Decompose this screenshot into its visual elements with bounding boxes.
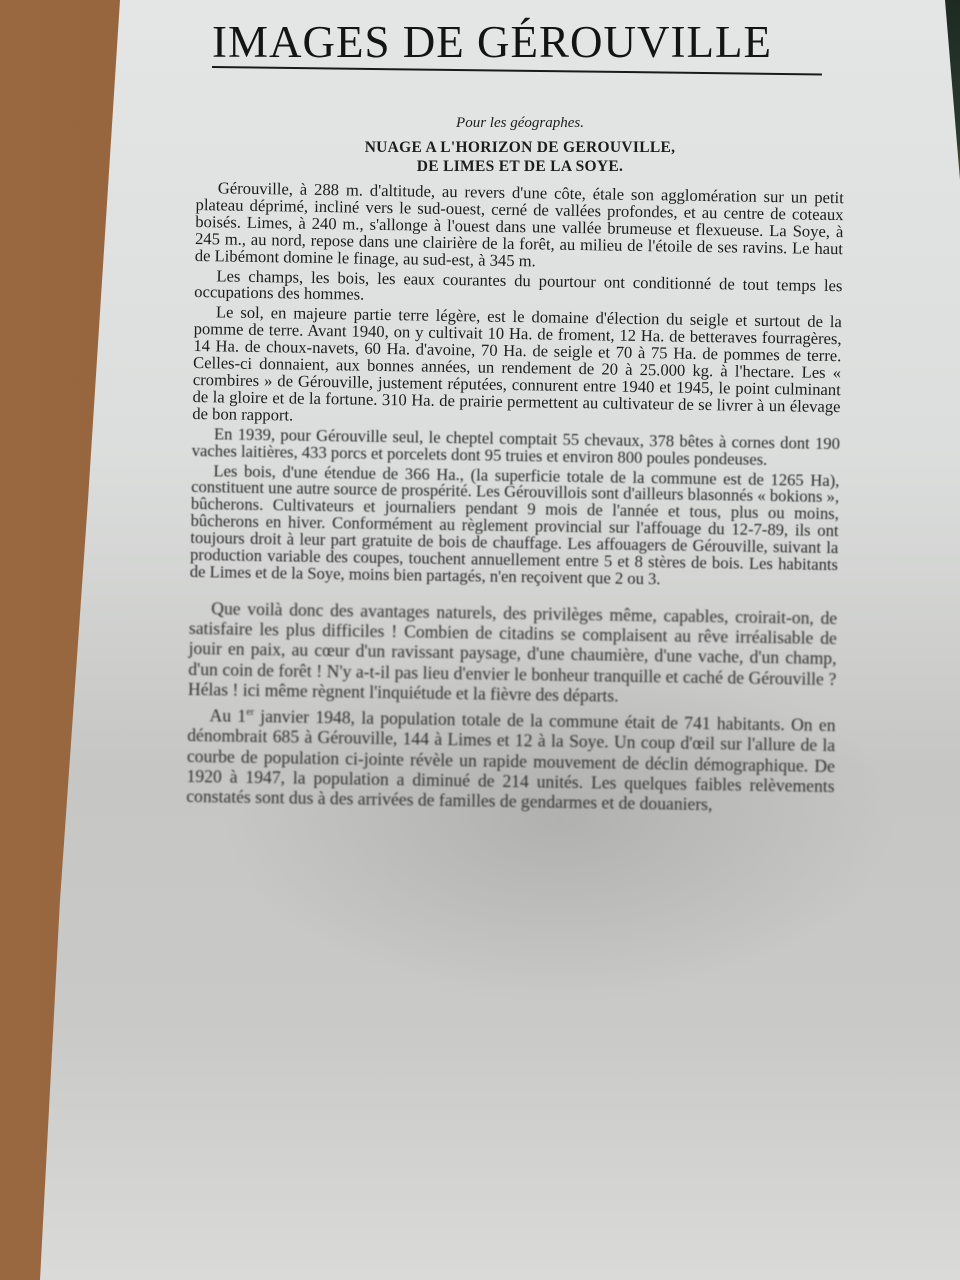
paragraph-population: Au 1er janvier 1948, la population total…: [186, 702, 836, 817]
population-text: janvier 1948, la population totale de la…: [186, 706, 836, 814]
article-title: NUAGE A L'HORIZON DE GEROUVILLE, DE LIME…: [200, 138, 840, 176]
article-title-line-1: NUAGE A L'HORIZON DE GEROUVILLE,: [200, 138, 840, 157]
paragraph-geography: Gérouville, à 288 m. d'altitude, au reve…: [195, 180, 844, 275]
article-kicker: Pour les géographes.: [200, 115, 840, 132]
article-body: Gérouville, à 288 m. d'altitude, au reve…: [186, 180, 844, 820]
article-title-line-2: DE LIMES ET DE LA SOYE.: [200, 157, 840, 176]
paragraph-agriculture: Le sol, en majeure partie terre légère, …: [192, 304, 842, 433]
page-title: IMAGES DE GÉROUVILLE: [212, 16, 822, 68]
ordinal-superscript: er: [246, 707, 254, 718]
page-header: IMAGES DE GÉROUVILLE: [212, 16, 822, 68]
paragraph-advantages: Que voilà donc des avantages naturels, d…: [188, 598, 838, 710]
population-date-prefix: Au 1: [209, 705, 246, 726]
paragraph-forests: Les bois, d'une étendue de 366 Ha., (la …: [190, 462, 840, 591]
